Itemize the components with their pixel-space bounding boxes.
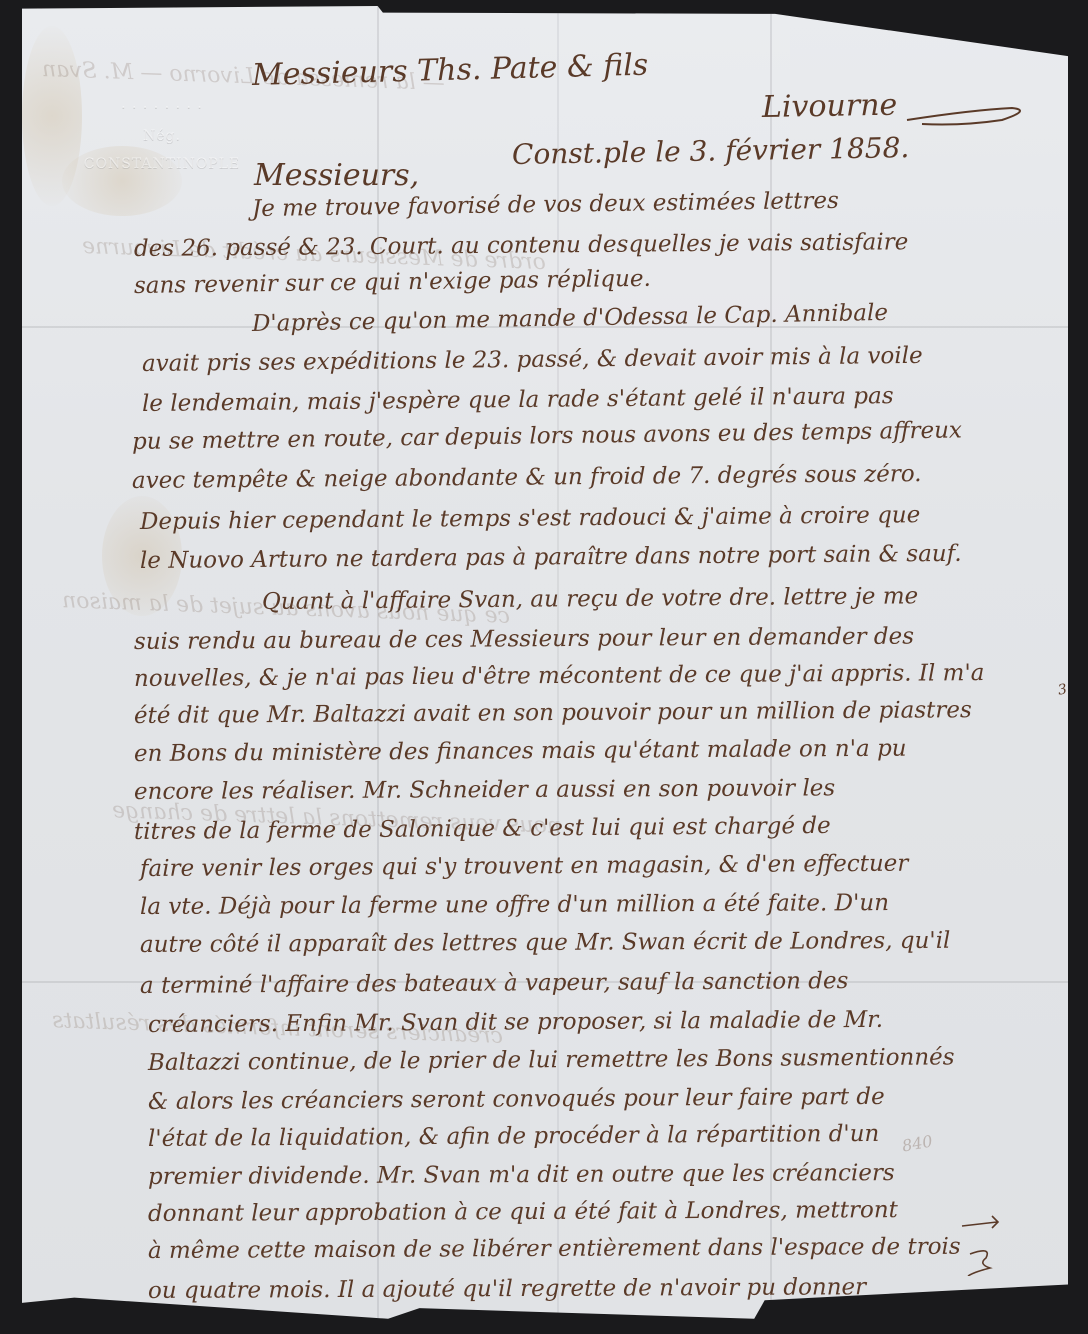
place-date-line: Const.ple le 3. février 1858. <box>512 131 910 171</box>
body-line: donnant leur approbation à ce qui a été … <box>148 1197 898 1227</box>
page-turn-flourish-icon <box>952 1206 1012 1276</box>
city-flourish <box>902 90 1042 130</box>
body-line: été dit que Mr. Baltazzi avait en son po… <box>134 697 972 729</box>
body-line: le Nuovo Arturo ne tardera pas à paraîtr… <box>140 541 962 574</box>
body-line: encore les réaliser. Mr. Schneider a aus… <box>134 775 835 805</box>
page-number: 3 <box>1057 681 1069 698</box>
body-line: l'état de la liquidation, & afin de proc… <box>148 1121 879 1152</box>
body-line: Quant à l'affaire Svan, au reçu de votre… <box>262 583 918 615</box>
embossed-stamp: · · · · · · · · Nég. CONSTANTINOPLE <box>62 94 262 178</box>
body-line: créanciers. Enfin Mr. Svan dit se propos… <box>148 1007 883 1038</box>
body-line: D'après ce qu'on me mande d'Odessa le Ca… <box>252 300 888 337</box>
body-line: des 26. passé & 23. Court. au contenu de… <box>134 229 909 262</box>
body-line: premier dividende. Mr. Svan m'a dit en o… <box>148 1160 895 1190</box>
city-line: Livourne <box>762 88 898 125</box>
body-line: Depuis hier cependant le temps s'est rad… <box>140 502 921 535</box>
body-line: avait pris ses expéditions le 23. passé,… <box>142 343 923 377</box>
salutation: Messieurs, <box>254 158 419 193</box>
body-line: nouvelles, & je n'ai pas lieu d'être méc… <box>134 660 985 692</box>
faint-margin-note: 840 <box>901 1131 934 1155</box>
body-line: Baltazzi continue, de le prier de lui re… <box>148 1044 955 1076</box>
body-line: suis rendu au bureau de ces Messieurs po… <box>134 624 914 655</box>
body-line: autre côté il apparaît des lettres que M… <box>140 928 951 958</box>
body-line: ou quatre mois. Il a ajouté qu'il regret… <box>148 1274 866 1304</box>
body-line: & alors les créanciers seront convoqués … <box>148 1084 885 1115</box>
body-line: à même cette maison de se libérer entièr… <box>148 1234 961 1264</box>
letter-paper: · · · · · · · · Nég. CONSTANTINOPLE — la… <box>22 6 1068 1324</box>
body-line: a terminé l'affaire des bateaux à vapeur… <box>140 968 849 999</box>
body-line: faire venir les orges qui s'y trouvent e… <box>140 851 909 882</box>
body-line: avec tempête & neige abondante & un froi… <box>132 461 922 494</box>
body-line: la vte. Déjà pour la ferme une offre d'u… <box>140 890 889 920</box>
body-line: en Bons du ministère des finances mais q… <box>134 736 907 767</box>
